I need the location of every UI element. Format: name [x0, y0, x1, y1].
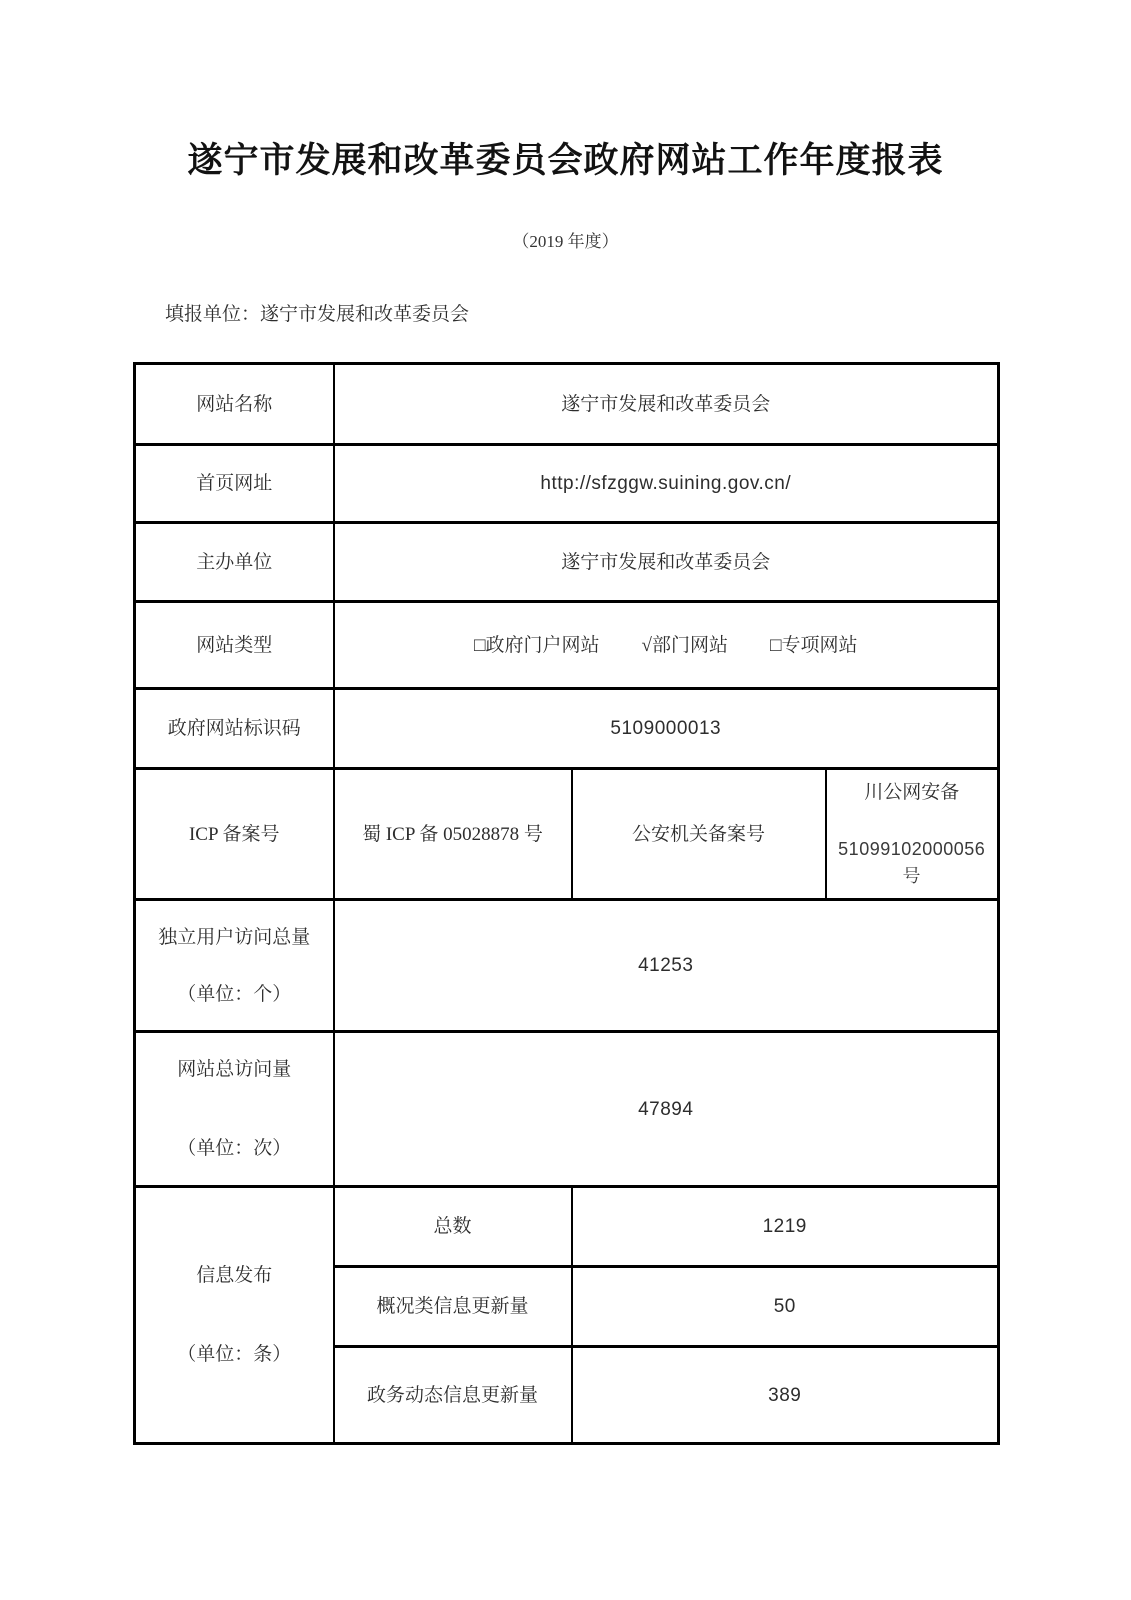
info-publish-label-line1: 信息发布 — [196, 1262, 272, 1289]
unique-visitors-label: 独立用户访问总量 （单位：个） — [135, 900, 334, 1032]
row-site-code: 政府网站标识码 5109000013 — [135, 689, 999, 769]
total-visits-value: 47894 — [334, 1032, 999, 1187]
row-unique-visitors: 独立用户访问总量 （单位：个） 41253 — [135, 900, 999, 1032]
unique-visitors-label-line2: （单位：个） — [177, 981, 291, 1008]
total-visits-label-line1: 网站总访问量 — [177, 1056, 291, 1083]
reporting-unit: 填报单位：遂宁市发展和改革委员会 — [165, 301, 1131, 328]
info-publish-total-label: 总数 — [334, 1187, 572, 1267]
info-publish-overview-label: 概况类信息更新量 — [334, 1267, 572, 1347]
row-total-visits: 网站总访问量 （单位：次） 47894 — [135, 1032, 999, 1187]
row-site-type: 网站类型 □政府门户网站 √部门网站 □专项网站 — [135, 602, 999, 689]
police-record-value-line1: 川公网安备 — [864, 779, 959, 806]
info-publish-label: 信息发布 （单位：条） — [135, 1187, 334, 1444]
site-type-options: □政府门户网站 √部门网站 □专项网站 — [334, 602, 999, 689]
unique-visitors-label-line1: 独立用户访问总量 — [158, 924, 310, 951]
total-visits-label-line2: （单位：次） — [177, 1135, 291, 1162]
report-table: 网站名称 遂宁市发展和改革委员会 首页网址 http://sfzggw.suin… — [133, 362, 1000, 1445]
site-type-label: 网站类型 — [135, 602, 334, 689]
home-url-label: 首页网址 — [135, 445, 334, 523]
home-url-value: http://sfzggw.suining.gov.cn/ — [334, 445, 999, 523]
row-host-unit: 主办单位 遂宁市发展和改革委员会 — [135, 523, 999, 602]
icp-label: ICP 备案号 — [135, 769, 334, 900]
row-home-url: 首页网址 http://sfzggw.suining.gov.cn/ — [135, 445, 999, 523]
document-page: 遂宁市发展和改革委员会政府网站工作年度报表 （2019 年度） 填报单位：遂宁市… — [0, 0, 1131, 1600]
option-special-site: □专项网站 — [770, 632, 857, 659]
host-unit-label: 主办单位 — [135, 523, 334, 602]
document-period: （2019 年度） — [0, 230, 1131, 254]
info-publish-news-value: 389 — [572, 1347, 999, 1444]
police-record-value-line2: 51099102000056 号 — [833, 836, 992, 890]
info-publish-news-label: 政务动态信息更新量 — [334, 1347, 572, 1444]
unique-visitors-value: 41253 — [334, 900, 999, 1032]
row-site-name: 网站名称 遂宁市发展和改革委员会 — [135, 364, 999, 445]
site-code-value: 5109000013 — [334, 689, 999, 769]
info-publish-overview-value: 50 — [572, 1267, 999, 1347]
police-record-label: 公安机关备案号 — [572, 769, 826, 900]
site-name-label: 网站名称 — [135, 364, 334, 445]
row-icp: ICP 备案号 蜀 ICP 备 05028878 号 公安机关备案号 川公网安备… — [135, 769, 999, 900]
row-info-publish-total: 信息发布 （单位：条） 总数 1219 — [135, 1187, 999, 1267]
site-name-value: 遂宁市发展和改革委员会 — [334, 364, 999, 445]
icp-value: 蜀 ICP 备 05028878 号 — [334, 769, 572, 900]
info-publish-label-line2: （单位：条） — [177, 1341, 291, 1368]
document-title: 遂宁市发展和改革委员会政府网站工作年度报表 — [0, 140, 1131, 182]
option-department-site-checked: √部门网站 — [642, 632, 728, 659]
info-publish-total-value: 1219 — [572, 1187, 999, 1267]
total-visits-label: 网站总访问量 （单位：次） — [135, 1032, 334, 1187]
police-record-value: 川公网安备 51099102000056 号 — [826, 769, 999, 900]
option-government-portal-site: □政府门户网站 — [474, 632, 599, 659]
site-code-label: 政府网站标识码 — [135, 689, 334, 769]
host-unit-value: 遂宁市发展和改革委员会 — [334, 523, 999, 602]
